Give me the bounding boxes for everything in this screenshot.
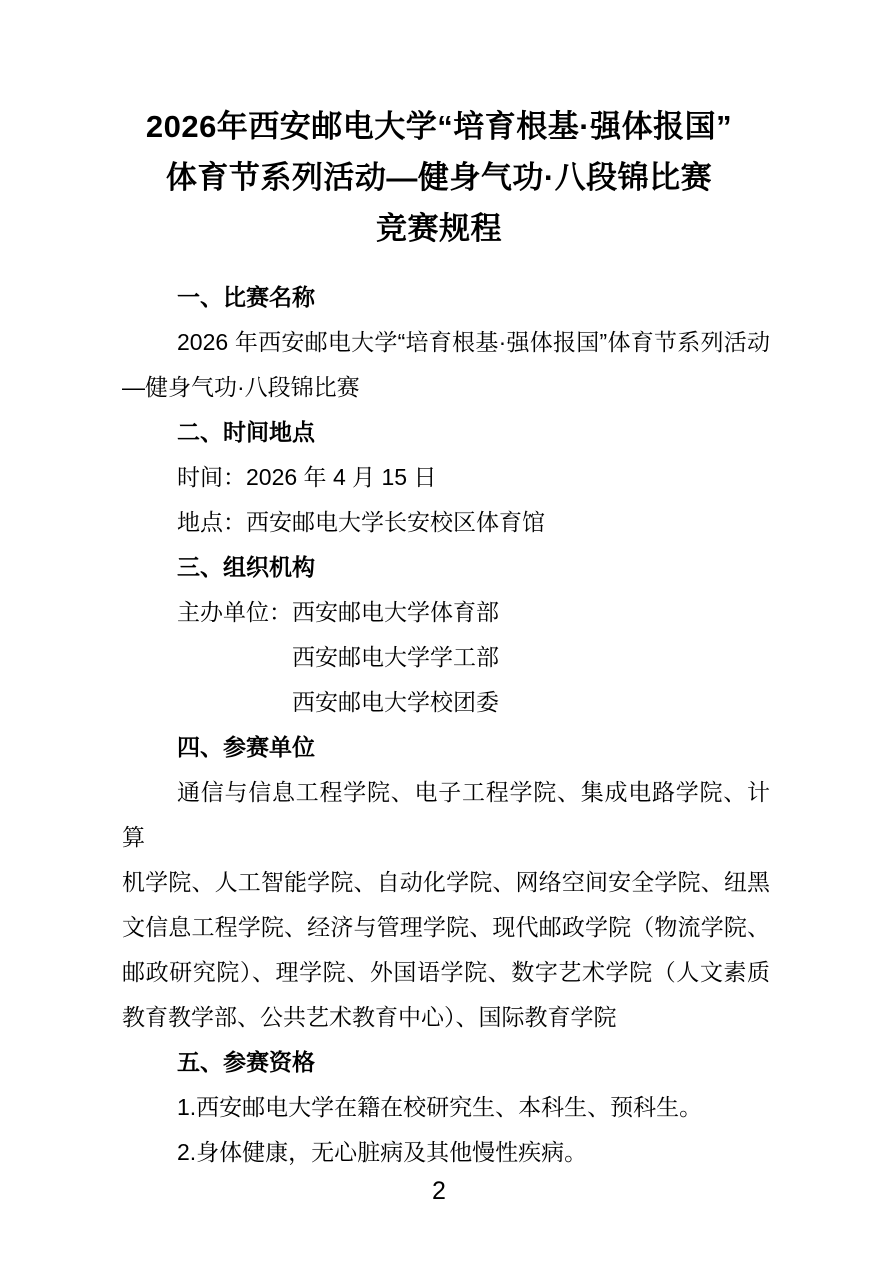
section-2-heading: 二、时间地点	[122, 410, 770, 455]
document-body: 一、比赛名称 2026 年西安邮电大学“培育根基·强体报国”体育节系列活动 —健…	[122, 275, 770, 1175]
section-1-line-1: 2026 年西安邮电大学“培育根基·强体报国”体育节系列活动	[122, 320, 770, 365]
document-title: 2026年西安邮电大学“培育根基·强体报国” 体育节系列活动—健身气功·八段锦比…	[0, 101, 878, 254]
section-3-organizer-line-2: 西安邮电大学学工部	[122, 635, 770, 680]
title-line-3: 竞赛规程	[0, 203, 878, 254]
section-5-heading: 五、参赛资格	[122, 1040, 770, 1085]
title-line-1: 2026年西安邮电大学“培育根基·强体报国”	[0, 101, 878, 152]
section-2-place-line: 地点：西安邮电大学长安校区体育馆	[122, 500, 770, 545]
section-3-organizer-line-3: 西安邮电大学校团委	[122, 680, 770, 725]
section-4-line-5: 教育教学部、公共艺术教育中心）、国际教育学院	[122, 995, 770, 1040]
page-number: 2	[0, 1176, 878, 1206]
section-4-line-4: 邮政研究院）、理学院、外国语学院、数字艺术学院（人文素质	[122, 950, 770, 995]
section-2-time-line: 时间：2026 年 4 月 15 日	[122, 455, 770, 500]
section-3-organizer-line-1: 主办单位：西安邮电大学体育部	[122, 590, 770, 635]
section-5-item-2: 2.身体健康，无心脏病及其他慢性疾病。	[122, 1130, 770, 1175]
section-4-line-1: 通信与信息工程学院、电子工程学院、集成电路学院、计算	[122, 770, 770, 860]
section-4-heading: 四、参赛单位	[122, 725, 770, 770]
section-4-line-3: 文信息工程学院、经济与管理学院、现代邮政学院（物流学院、	[122, 905, 770, 950]
section-1-heading: 一、比赛名称	[122, 275, 770, 320]
title-line-2: 体育节系列活动—健身气功·八段锦比赛	[0, 152, 878, 203]
section-1-line-2: —健身气功·八段锦比赛	[122, 365, 770, 410]
section-3-heading: 三、组织机构	[122, 545, 770, 590]
section-5-item-1: 1.西安邮电大学在籍在校研究生、本科生、预科生。	[122, 1085, 770, 1130]
section-4-line-2: 机学院、人工智能学院、自动化学院、网络空间安全学院、纽黑	[122, 860, 770, 905]
document-page: 2026年西安邮电大学“培育根基·强体报国” 体育节系列活动—健身气功·八段锦比…	[0, 0, 878, 1264]
